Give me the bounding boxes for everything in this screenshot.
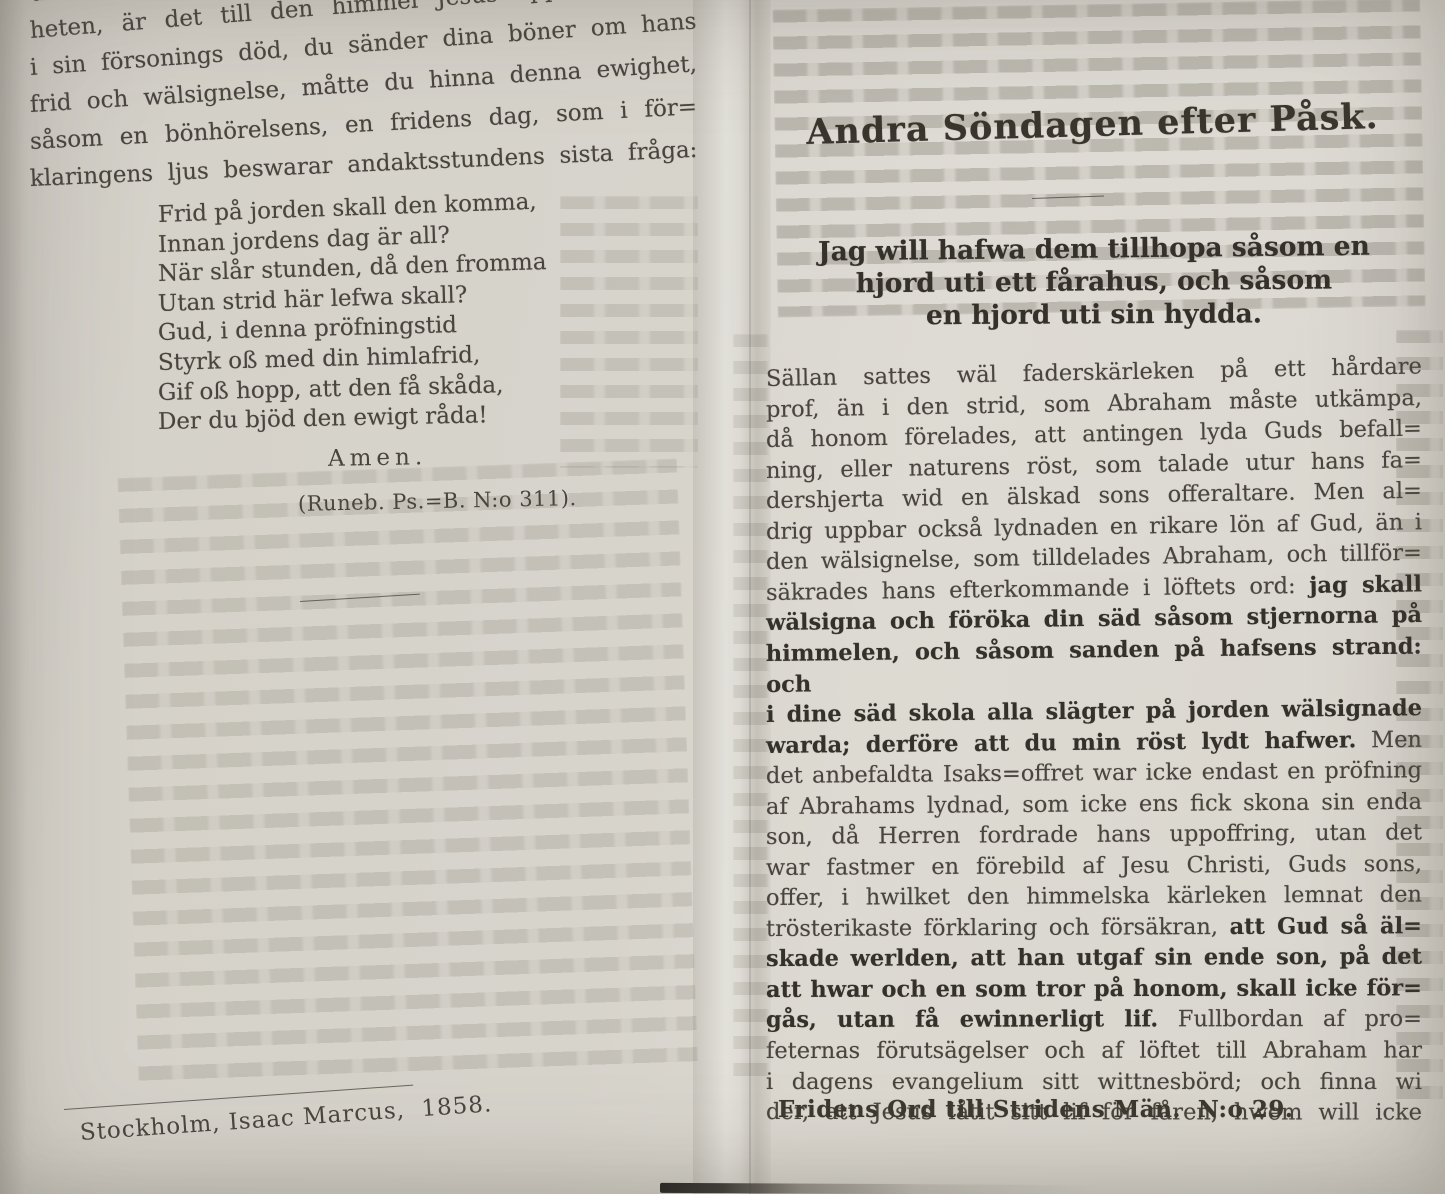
page-left-edge-shadow [0, 0, 26, 1194]
book-photo: denna wäntan du wänder dina blickar emot… [0, 0, 1445, 1194]
bleed-through-right-left-margin [733, 334, 769, 1090]
text-line: feternas förutsägelser och af löftet til… [766, 1035, 1422, 1066]
text-line: i dagens evangelium sitt wittnesbörd; oc… [766, 1067, 1422, 1098]
text-line: himmelen, och såsom sanden på hafsens st… [766, 631, 1423, 700]
text-line: Jag will hafwa dem tillhopa såsom en [768, 230, 1420, 269]
text-line: hjord uti ett fårahus, och såsom [768, 264, 1420, 301]
section-divider-rule [300, 594, 420, 602]
text-line: offer, i hwilket den himmelska kärleken … [766, 880, 1422, 914]
left-page-intro-paragraph: denna wäntan du wänder dina blickar emot… [30, 0, 698, 198]
running-title-footer: Fridens Ord till Stridens Män. N:o 29. [778, 1096, 1293, 1123]
text-line: skade werlden, att han utgaf sin ende so… [766, 942, 1422, 975]
text-line: det anbefaldta Isaks=offret war icke end… [766, 755, 1422, 791]
bleed-through-left-middle [117, 458, 698, 1097]
table-edge-shadow [660, 1183, 1100, 1194]
hymnbook-citation: (Runeb. Ps.=B. N:o 311). [298, 486, 577, 516]
heading-divider-rule [1032, 195, 1104, 199]
text-line: en hjord uti sin hydda. [768, 297, 1420, 332]
text-line: son, då Herren fordrade hans uppoffring,… [766, 818, 1422, 853]
text-line: af Abrahams lydnad, som icke ens fick sk… [766, 787, 1422, 823]
printer-imprint: Stockholm, Isaac Marcus, 1858. [79, 1091, 493, 1146]
book-gutter-fold [693, 0, 771, 1194]
text-line: war fastmer en förebild af Jesu Christi,… [766, 849, 1422, 884]
gutter-crease-line [749, 0, 751, 1194]
text-line: gås, utan få ewinnerligt lif. Fullbordan… [766, 1004, 1422, 1036]
chapter-heading: Andra Söndagen efter Påsk. [765, 95, 1421, 154]
hymn-verse: Frid på jorden skall den komma,Innan jor… [158, 201, 628, 438]
amen-text: Amen. [328, 444, 428, 472]
scripture-quote: Jag will hafwa dem tillhopa såsom enhjor… [768, 237, 1420, 332]
sermon-body-paragraph: Sällan sattes wäl faderskärleken på ett … [766, 364, 1422, 1128]
text-line: trösterikaste förklaring och försäkran, … [766, 911, 1422, 944]
text-line: att hwar och en som tror på honom, skall… [766, 973, 1422, 1005]
